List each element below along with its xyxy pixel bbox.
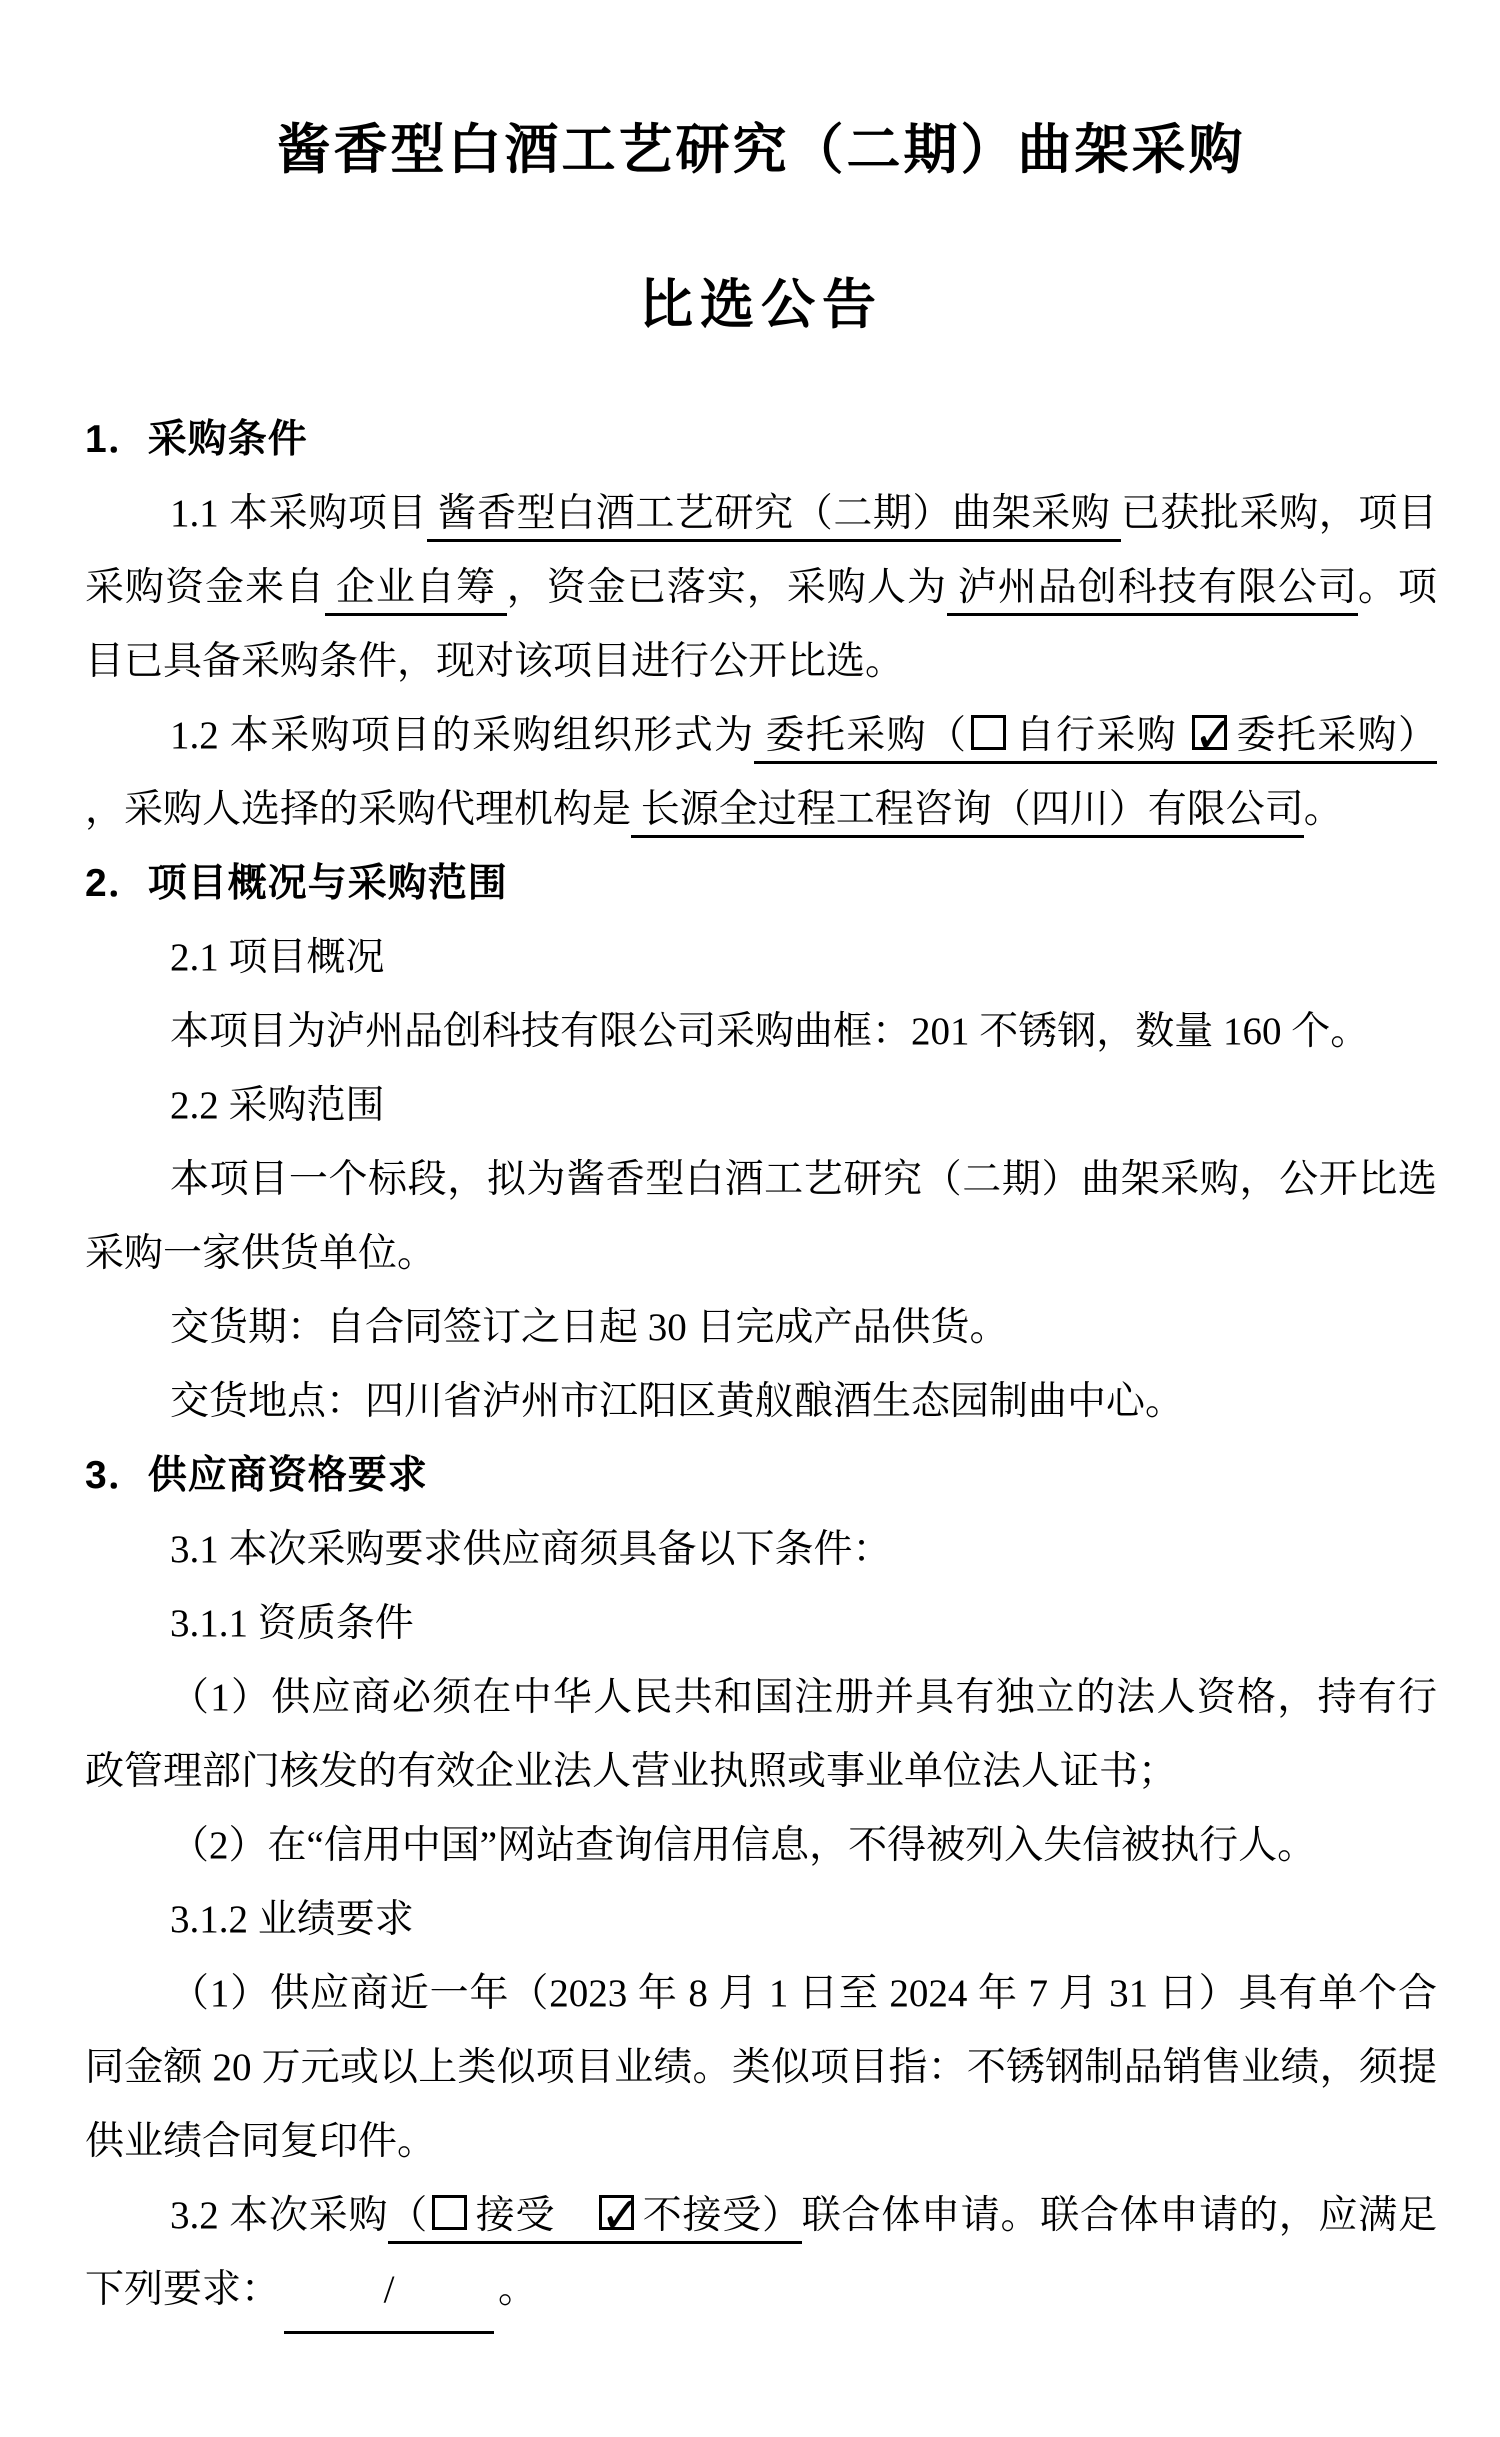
para-2-1-subheading: 2.1 项目概况 (85, 921, 1437, 995)
text-run: 委托采购（ (754, 714, 967, 757)
underlined-text: 泸州品创科技有限公司 (947, 566, 1358, 616)
underlined-text: 长源全过程工程咨询（四川）有限公司 (631, 788, 1304, 838)
text-run: 本项目一个标段，拟为酱香型白酒工艺研究（二期）曲架采购，公开比选采购一家供货单位… (85, 1158, 1437, 1275)
underlined-text: 企业自筹 (325, 566, 507, 616)
text-run: 2.1 项目概况 (170, 936, 385, 979)
para-performance-requirement: （1）供应商近一年（2023 年 8 月 1 日至 2024 年 7 月 31 … (85, 1957, 1437, 2179)
text-run: 3.1.1 资质条件 (170, 1602, 414, 1645)
heading-supplier-qualifications: 3．供应商资格要求 (85, 1439, 1437, 1513)
text-run: ，采购人选择的采购代理机构是 (85, 788, 631, 831)
text-run: 。 (498, 2268, 537, 2311)
text-run: 3.2 本次采购 (170, 2194, 388, 2237)
checkbox-unchecked-icon (971, 715, 1006, 750)
para-3-2-consortium: 3.2 本次采购（接受 不接受）联合体申请。联合体申请的，应满足下列要求：/。 (85, 2179, 1437, 2334)
text-run: 交货地点：四川省泸州市江阳区黄舣酿酒生态园制曲中心。 (170, 1380, 1184, 1423)
heading-purchase-conditions: 1．采购条件 (85, 403, 1437, 477)
para-3-1-2-subheading: 3.1.2 业绩要求 (85, 1883, 1437, 1957)
text-run: 自行采购 (1014, 714, 1188, 757)
checkbox-unchecked-icon (432, 2195, 467, 2230)
document-page: 酱香型白酒工艺研究（二期）曲架采购 比选公告 1．采购条件1.1 本采购项目 酱… (0, 0, 1500, 2437)
text-run: 本项目为泸州品创科技有限公司采购曲框：201 不锈钢，数量 160 个。 (170, 1010, 1369, 1053)
text-run: （2）在“信用中国”网站查询信用信息，不得被列入失信被执行人。 (170, 1824, 1316, 1867)
text-run: 交货期：自合同签订之日起 30 日完成产品供货。 (170, 1306, 1009, 1349)
text-run: （1）供应商近一年（2023 年 8 月 1 日至 2024 年 7 月 31 … (85, 1972, 1437, 2163)
para-delivery-location: 交货地点：四川省泸州市江阳区黄舣酿酒生态园制曲中心。 (85, 1365, 1437, 1439)
text-run: 委托采购） (1235, 714, 1437, 757)
para-2-2-subheading: 2.2 采购范围 (85, 1069, 1437, 1143)
text-run: 1.1 本采购项目 (170, 492, 427, 535)
text-run: （ (388, 2194, 428, 2237)
text-run: 。 (1304, 788, 1343, 831)
underlined-text: （接受 不接受） (388, 2194, 802, 2244)
para-delivery-period: 交货期：自合同签订之日起 30 日完成产品供货。 (85, 1291, 1437, 1365)
para-1-1-project-approval: 1.1 本采购项目 酱香型白酒工艺研究（二期）曲架采购 已获批采购，项目采购资金… (85, 477, 1437, 699)
checkbox-checked-icon (1192, 715, 1227, 750)
underlined-text: 委托采购（自行采购 委托采购） (754, 714, 1437, 764)
heading-project-overview-scope: 2．项目概况与采购范围 (85, 847, 1437, 921)
para-2-1-overview: 本项目为泸州品创科技有限公司采购曲框：201 不锈钢，数量 160 个。 (85, 995, 1437, 1069)
para-3-1-conditions: 3.1 本次采购要求供应商须具备以下条件： (85, 1513, 1437, 1587)
text-run: 3.1 本次采购要求供应商须具备以下条件： (170, 1528, 892, 1571)
text-run: 不接受） (642, 2194, 802, 2237)
text-run: 3.1.2 业绩要求 (170, 1898, 414, 1941)
para-qualification-2: （2）在“信用中国”网站查询信用信息，不得被列入失信被执行人。 (85, 1809, 1437, 1883)
para-2-2-scope: 本项目一个标段，拟为酱香型白酒工艺研究（二期）曲架采购，公开比选采购一家供货单位… (85, 1143, 1437, 1291)
para-3-1-1-subheading: 3.1.1 资质条件 (85, 1587, 1437, 1661)
para-qualification-1: （1）供应商必须在中华人民共和国注册并具有独立的法人资格，持有行政管理部门核发的… (85, 1661, 1437, 1809)
checkbox-checked-icon (599, 2195, 634, 2230)
text-run: （1）供应商必须在中华人民共和国注册并具有独立的法人资格，持有行政管理部门核发的… (85, 1676, 1437, 1793)
underlined-text: 酱香型白酒工艺研究（二期）曲架采购 (427, 492, 1121, 542)
text-run: ，资金已落实，采购人为 (507, 566, 947, 609)
document-body: 1．采购条件1.1 本采购项目 酱香型白酒工艺研究（二期）曲架采购 已获批采购，… (85, 403, 1437, 2334)
text-run: 接受 (475, 2194, 595, 2237)
text-run: 1.2 本采购项目的采购组织形式为 (170, 714, 754, 757)
fill-in-blank: / (284, 2253, 494, 2334)
para-1-2-organization-form: 1.2 本采购项目的采购组织形式为 委托采购（自行采购 委托采购） ，采购人选择… (85, 699, 1437, 847)
document-subtitle: 比选公告 (85, 273, 1437, 337)
text-run: 2.2 采购范围 (170, 1084, 385, 1127)
document-title: 酱香型白酒工艺研究（二期）曲架采购 (85, 118, 1437, 182)
